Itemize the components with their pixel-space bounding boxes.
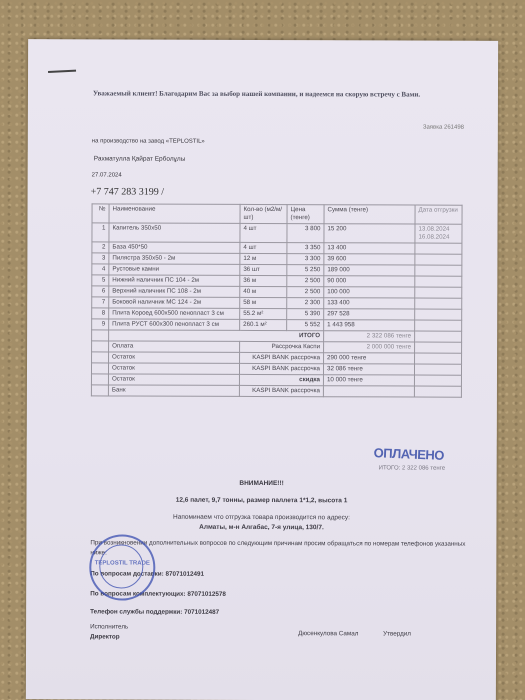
cell-sum: 39 600 [324, 254, 415, 265]
cell-name: Пилястра 350х50 - 2м [109, 253, 240, 264]
payment-label: Остаток [109, 352, 240, 363]
cell-price: 5 390 [287, 309, 324, 320]
cell-sum: 90 000 [324, 276, 415, 287]
order-date: 27.07.2024 [92, 172, 122, 178]
cell-sum: 133 400 [324, 298, 415, 309]
total-value: 2 322 086 тенге [324, 331, 415, 342]
cell-name: База 450*50 [109, 242, 240, 253]
notice-title: ВНИМАНИЕ!!! [27, 479, 497, 488]
client-name: Рахматулла Қайрат Ерболұлы [94, 155, 186, 162]
payment-label: Банк [108, 385, 239, 396]
cell-sum: 189 000 [324, 265, 415, 276]
cell-price: 5 552 [287, 320, 324, 331]
payment-amount: 2 000 000 тенге [324, 342, 415, 353]
greeting-text: Уважаемый клиент! Благодарим Вас за выбо… [83, 89, 488, 99]
cell-sum: 100 000 [324, 287, 415, 298]
cell-price: 3 350 [287, 243, 324, 254]
cell-no: 6 [92, 286, 109, 297]
cell-qty: 260.1 м² [240, 319, 287, 330]
cell-qty: 40 м [240, 286, 287, 297]
cell-date [415, 320, 462, 331]
cell-name: Плита РУСТ 600х300 пенопласт 3 см [109, 319, 240, 330]
table-row: 1Капитель 350х504 шт3 80015 20013.08.202… [92, 223, 462, 243]
cell-price: 2 500 [287, 287, 324, 298]
cell-qty: 12 м [240, 253, 287, 264]
cell-qty: 4 шт [240, 242, 287, 253]
header-qty: Кол-во (м2/м/шт) [240, 204, 287, 223]
order-table: № Наименование Кол-во (м2/м/шт) Цена (те… [91, 203, 463, 397]
payment-label: Остаток [108, 363, 239, 374]
paid-stamp: ОПЛАЧЕНО [373, 445, 444, 463]
cell-no: 3 [92, 253, 109, 264]
cell-sum: 1 443 958 [324, 320, 415, 331]
cell-name: Рустовые камни [109, 264, 240, 275]
payment-method: Рассрочка Каспи [240, 341, 324, 352]
document-page: Уважаемый клиент! Благодарим Вас за выбо… [26, 39, 498, 700]
notice-address: Алматы, м-н Алгабас, 7-я улица, 130/7. [26, 523, 496, 532]
payment-label: Оплата [109, 341, 240, 352]
cell-date [415, 254, 462, 265]
support-phone: Телефон службы поддержки: 7071012487 [90, 608, 219, 615]
header-no: № [92, 204, 109, 223]
header-date: Дата отгрузки [415, 205, 462, 224]
payment-amount: 290 000 тенге [324, 353, 415, 364]
cell-price: 3 800 [287, 224, 324, 243]
cell-name: Верхний наличник ПС 108 - 2м [109, 286, 240, 297]
approved-label: Утвердил [383, 630, 411, 637]
cell-sum: 15 200 [324, 224, 415, 243]
cell-price: 3 300 [287, 254, 324, 265]
notice-pallets: 12,6 палет, 9,7 тонны, размер паллета 1*… [27, 496, 497, 505]
cell-date [415, 276, 462, 287]
cell-qty: 55.2 м² [240, 308, 287, 319]
cell-name: Нижний наличник ПС 104 - 2м [109, 275, 240, 286]
payment-amount [323, 386, 414, 397]
payment-label: Остаток [108, 374, 239, 385]
client-phone: +7 747 283 3199 / [91, 186, 164, 197]
cell-price: 5 250 [287, 265, 324, 276]
cell-sum: 297 528 [324, 309, 415, 320]
cell-name: Плита Короед 600х500 пенопласт 3 см [109, 308, 240, 319]
header-price: Цена (тенге) [287, 205, 324, 224]
payment-amount: 32 086 тенге [323, 364, 414, 375]
cell-price: 2 300 [287, 298, 324, 309]
cell-no: 5 [92, 275, 109, 286]
cell-date [415, 243, 462, 254]
total-label: ИТОГО [109, 330, 324, 342]
cell-name: Боковой наличник МС 124 - 2м [109, 297, 240, 308]
notice-reminder: Напоминаем что отгрузка товара производи… [26, 513, 496, 522]
table-header-row: № Наименование Кол-во (м2/м/шт) Цена (те… [92, 204, 462, 224]
cell-date [415, 287, 462, 298]
cell-qty: 58 м [240, 297, 287, 308]
executor-label: Исполнитель [90, 623, 128, 630]
cell-no: 1 [92, 223, 109, 242]
header-name: Наименование [109, 204, 240, 223]
payment-method: KASPI BANK рассрочка [240, 352, 324, 363]
cell-no: 2 [92, 242, 109, 253]
payment-amount: 10 000 тенге [323, 375, 414, 386]
cell-no: 8 [92, 308, 109, 319]
director-label: Директор [90, 633, 120, 640]
payment-row: БанкKASPI BANK рассрочка [91, 385, 461, 397]
cell-no: 9 [92, 319, 109, 330]
cell-qty: 36 м [240, 275, 287, 286]
cell-date [415, 265, 462, 276]
cell-name: Капитель 350х50 [109, 223, 240, 242]
payment-method: KASPI BANK рассрочка [239, 385, 323, 396]
factory-line: на производство на завод «TEPLOSTIL» [92, 138, 205, 144]
company-seal: TEPLOSTIL TRADE [89, 534, 155, 600]
cell-qty: 4 шт [240, 223, 287, 242]
company-seal-text: TEPLOSTIL TRADE [91, 560, 153, 566]
cell-date [415, 298, 462, 309]
cell-date: 13.08.2024 16.08.2024 [415, 224, 462, 243]
payment-method: скидка [239, 374, 323, 385]
paid-stamp-total: ИТОГО: 2 322 086 тенге [379, 465, 445, 471]
cell-no: 4 [92, 264, 109, 275]
cell-qty: 36 шт [240, 264, 287, 275]
order-number: Заявка 261498 [423, 125, 464, 131]
pen-mark [48, 70, 76, 73]
cell-price: 2 500 [287, 276, 324, 287]
cell-no: 7 [92, 297, 109, 308]
cell-sum: 13 400 [324, 243, 415, 254]
header-sum: Сумма (тенге) [324, 205, 415, 224]
payment-method: KASPI BANK рассрочка [239, 363, 323, 374]
cell-date [415, 309, 462, 320]
director-name: Дюсенкулова Самал [298, 630, 358, 637]
